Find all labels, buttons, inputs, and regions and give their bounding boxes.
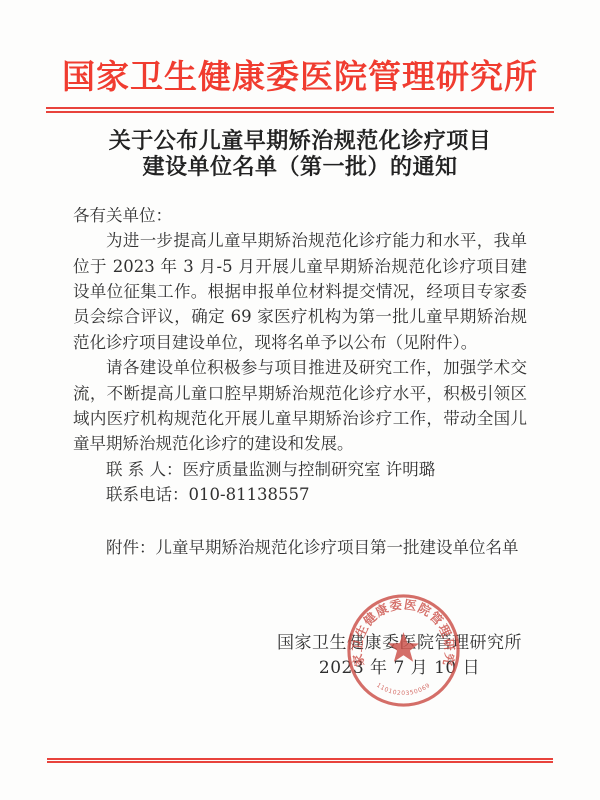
header-rule: [46, 107, 554, 113]
paragraph-1: 为进一步提高儿童早期矫治规范化诊疗能力和水平，我单位于 2023 年 3 月-5…: [73, 228, 527, 355]
document-title-line2: 建设单位名单（第一批）的通知: [0, 154, 600, 180]
document-page: 国家卫生健康委医院管理研究所 关于公布儿童早期矫治规范化诊疗项目 建设单位名单（…: [0, 0, 600, 800]
footer-rule: [47, 758, 553, 764]
seal-code: 1101020350069: [375, 682, 432, 697]
salutation: 各有关单位：: [73, 203, 527, 228]
signature-block: 国家卫生健康委医院管理研究所 2023 年 7 月 10 日: [277, 631, 522, 681]
document-body: 各有关单位： 为进一步提高儿童早期矫治规范化诊疗能力和水平，我单位于 2023 …: [73, 203, 527, 560]
signature-org: 国家卫生健康委医院管理研究所: [277, 631, 522, 656]
letterhead-title: 国家卫生健康委医院管理研究所: [0, 0, 600, 97]
signature-date: 2023 年 7 月 10 日: [277, 656, 522, 681]
contact-person-line: 联 系 人：医疗质量监测与控制研究室 许明璐: [73, 457, 527, 482]
svg-text:1101020350069: 1101020350069: [375, 682, 432, 697]
attachment-note: 附件：儿童早期矫治规范化诊疗项目第一批建设单位名单: [73, 535, 527, 560]
document-title-line1: 关于公布儿童早期矫治规范化诊疗项目: [0, 128, 600, 154]
contact-phone-line: 联系电话：010-81138557: [73, 482, 527, 507]
paragraph-2: 请各建设单位积极参与项目推进及研究工作，加强学术交流，不断提高儿童口腔早期矫治规…: [73, 355, 527, 457]
document-title: 关于公布儿童早期矫治规范化诊疗项目 建设单位名单（第一批）的通知: [0, 128, 600, 180]
